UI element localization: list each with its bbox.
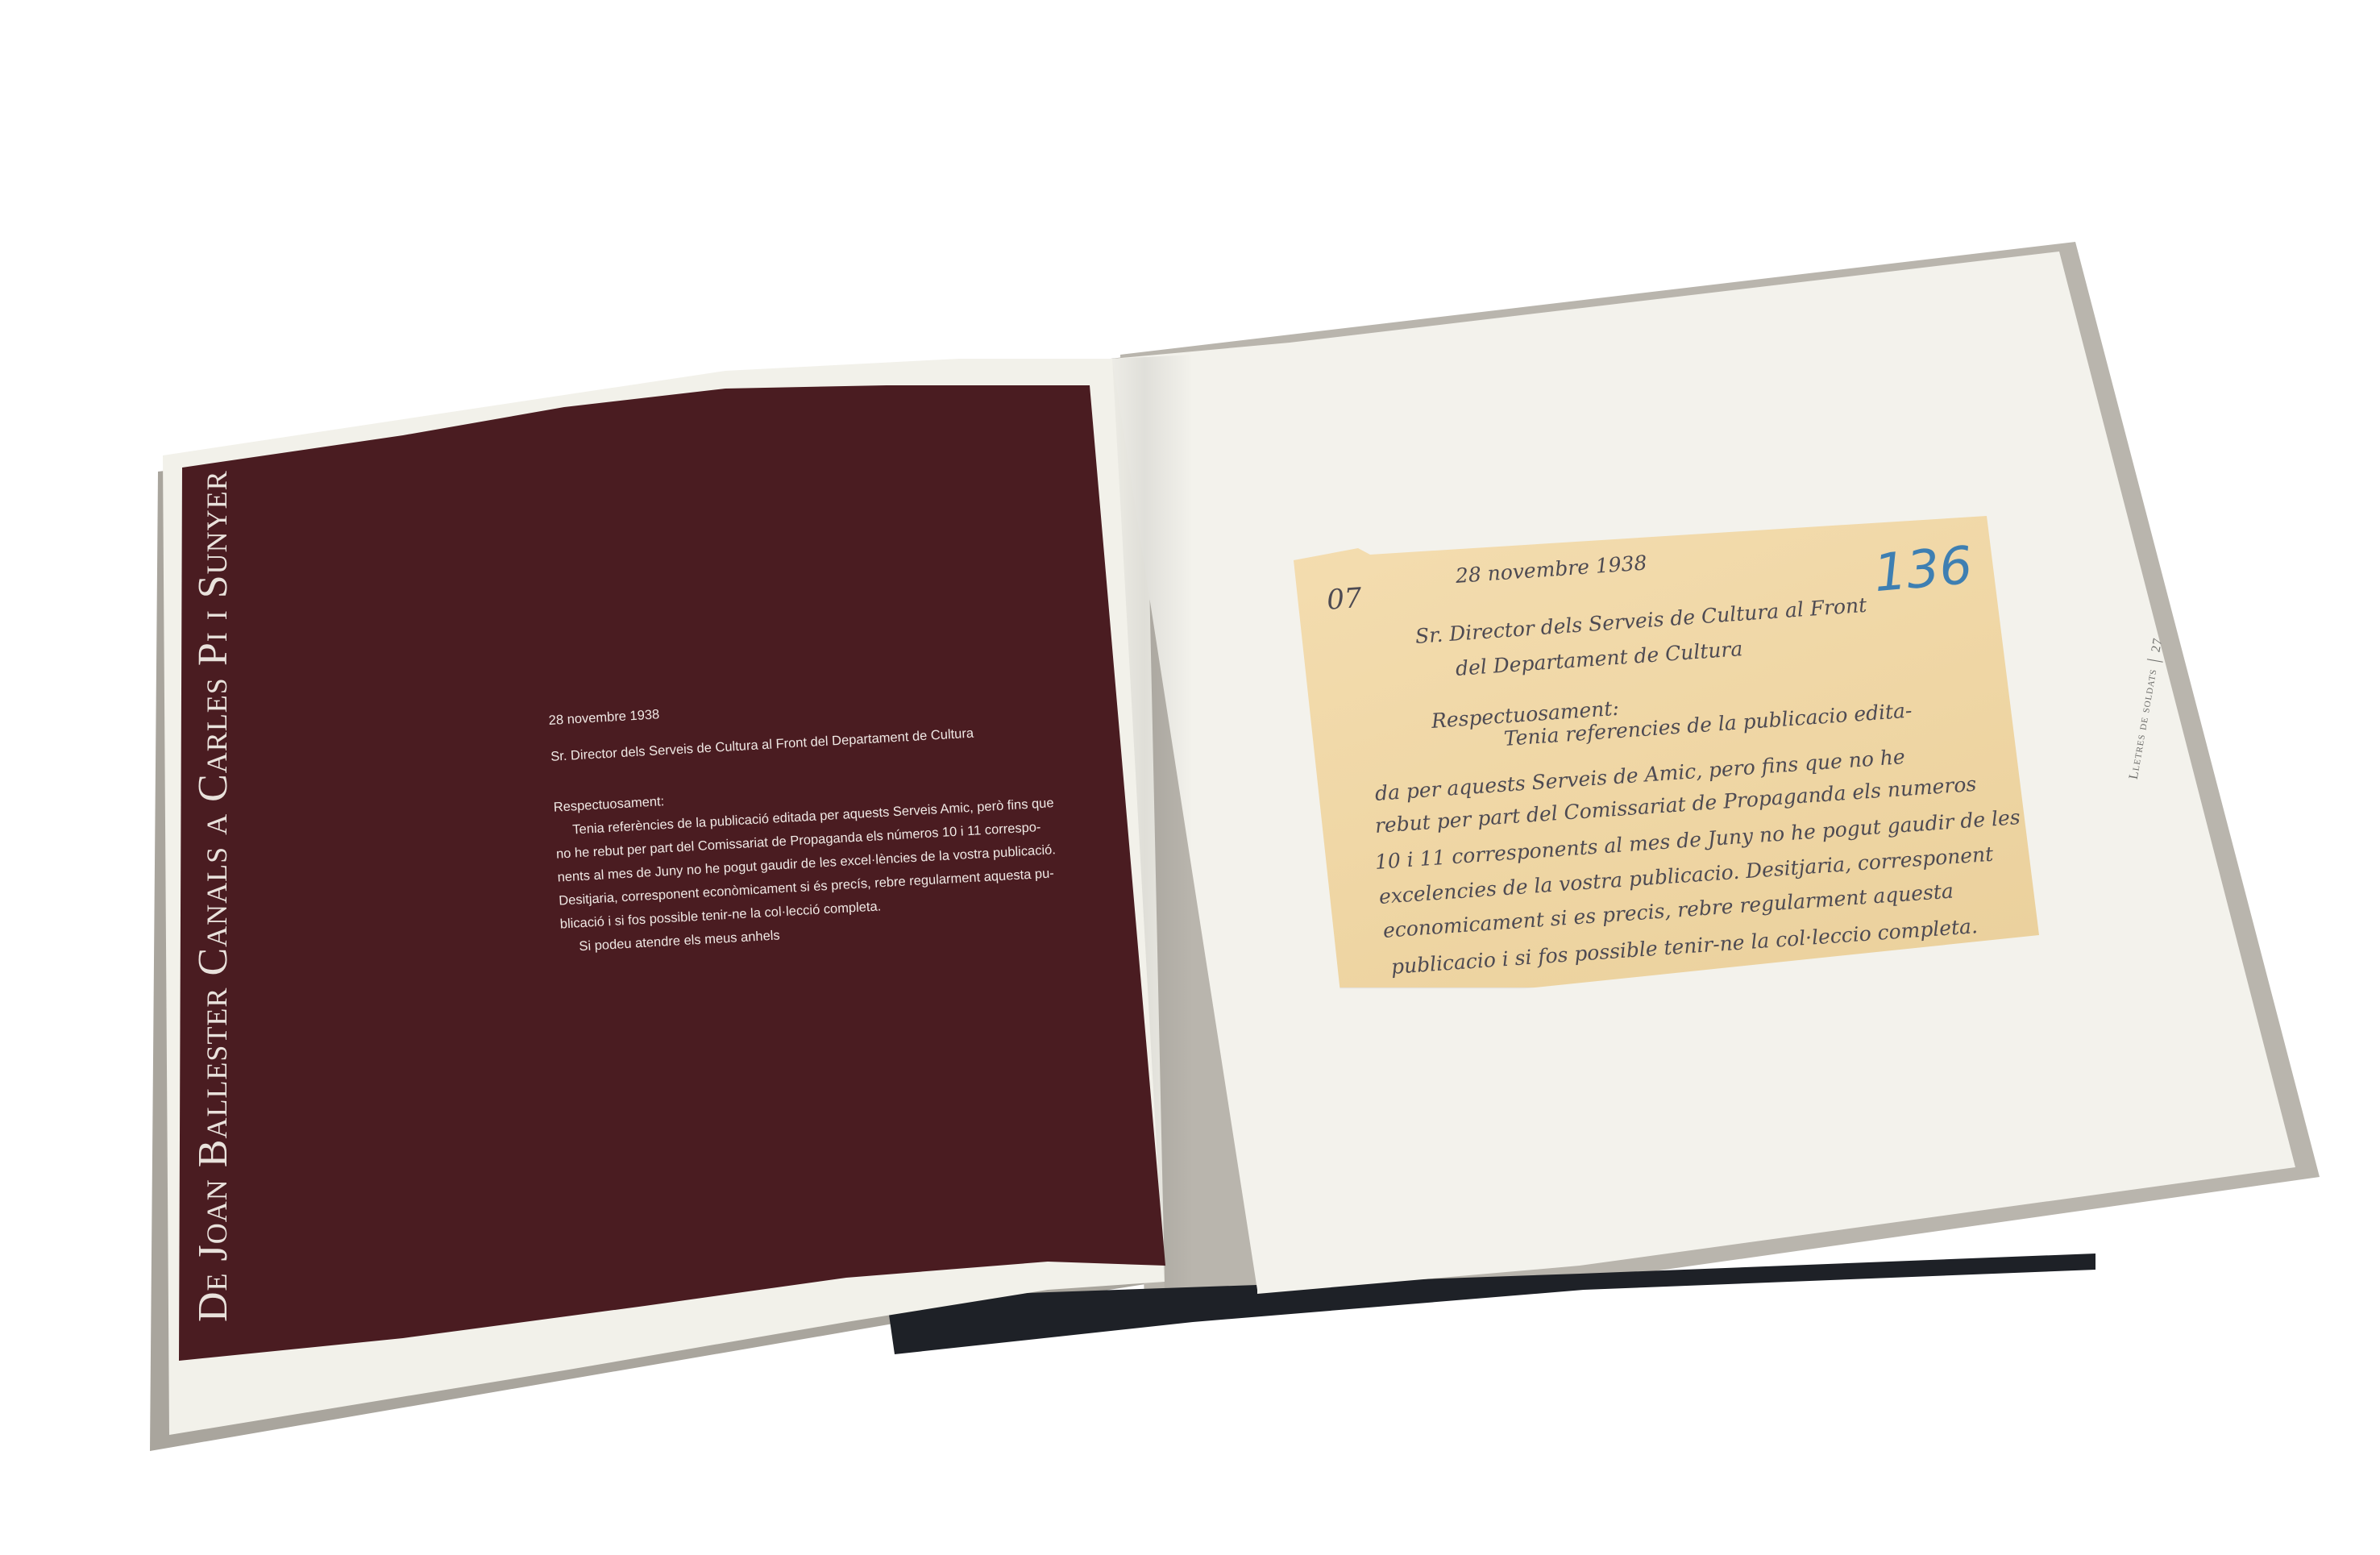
letter-transcription: 28 novembre 1938 Sr. Director dels Serve…: [548, 678, 1125, 960]
running-head-divider: [2147, 659, 2163, 662]
vertical-title: De Joan Ballester Canals a Carles Pi i S…: [189, 470, 237, 1322]
archive-number-stamp: 136: [1871, 536, 1975, 604]
handwritten-line: 28 novembre 1938: [1455, 551, 1647, 588]
handwritten-line: Sr. Director dels Serveis de Cultura al …: [1414, 593, 1867, 648]
handwritten-line: del Departament de Cultura: [1455, 637, 1743, 680]
handwritten-letter: 136 07 28 novembre 1938 Sr. Director del…: [1294, 516, 2039, 987]
margin-mark: 07: [1326, 582, 1363, 617]
book-photo: De Joan Ballester Canals a Carles Pi i S…: [0, 0, 2380, 1555]
page-number: 27: [2149, 637, 2165, 654]
